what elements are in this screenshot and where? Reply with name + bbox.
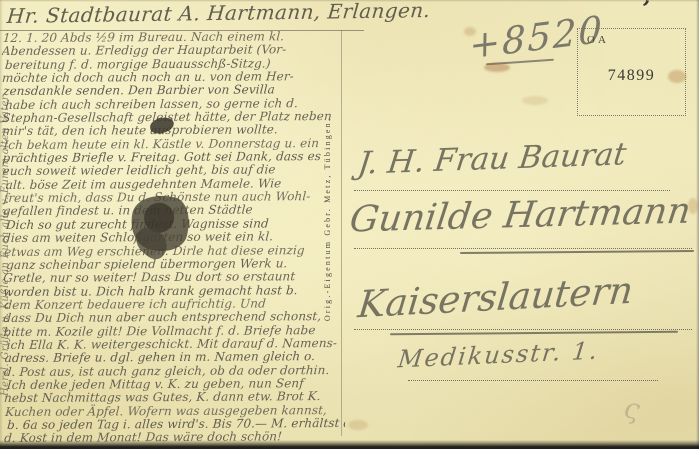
address-rule-1 xyxy=(354,190,670,191)
city-underline xyxy=(390,331,678,335)
card-edge-bottom xyxy=(0,440,699,449)
column-divider xyxy=(341,30,342,436)
publisher-imprint: Orig.-Eigentum Gebr. Metz, Tübingen. xyxy=(323,88,332,350)
stain xyxy=(484,63,510,72)
stain xyxy=(348,420,368,430)
stain xyxy=(668,70,686,83)
address-rule-2 xyxy=(354,248,692,249)
address-line-name: Gunilde Hartmann xyxy=(347,190,693,240)
card-edge-top xyxy=(0,0,699,2)
stain xyxy=(464,27,476,36)
stamp-box-corner-label: OA xyxy=(587,34,609,46)
corner-ink-mark: ’ xyxy=(638,0,652,23)
address-rule-3 xyxy=(354,329,692,330)
address-rule-4 xyxy=(408,380,658,381)
postcard-back: Hr. Stadtbaurat A. Hartmann, Erlangen. 1… xyxy=(0,0,699,449)
address-line-recipient: J. H. Frau Baurat xyxy=(356,136,628,182)
name-underline xyxy=(460,250,694,254)
address-line-city: Kaiserslautern xyxy=(356,269,635,327)
pencil-squiggle: ς xyxy=(622,391,642,426)
card-edge-left xyxy=(0,0,3,449)
sender-header-line: Hr. Stadtbaurat A. Hartmann, Erlangen. xyxy=(6,0,428,28)
stain xyxy=(522,96,548,105)
address-line-street: Medikusstr. 1. xyxy=(396,337,600,374)
